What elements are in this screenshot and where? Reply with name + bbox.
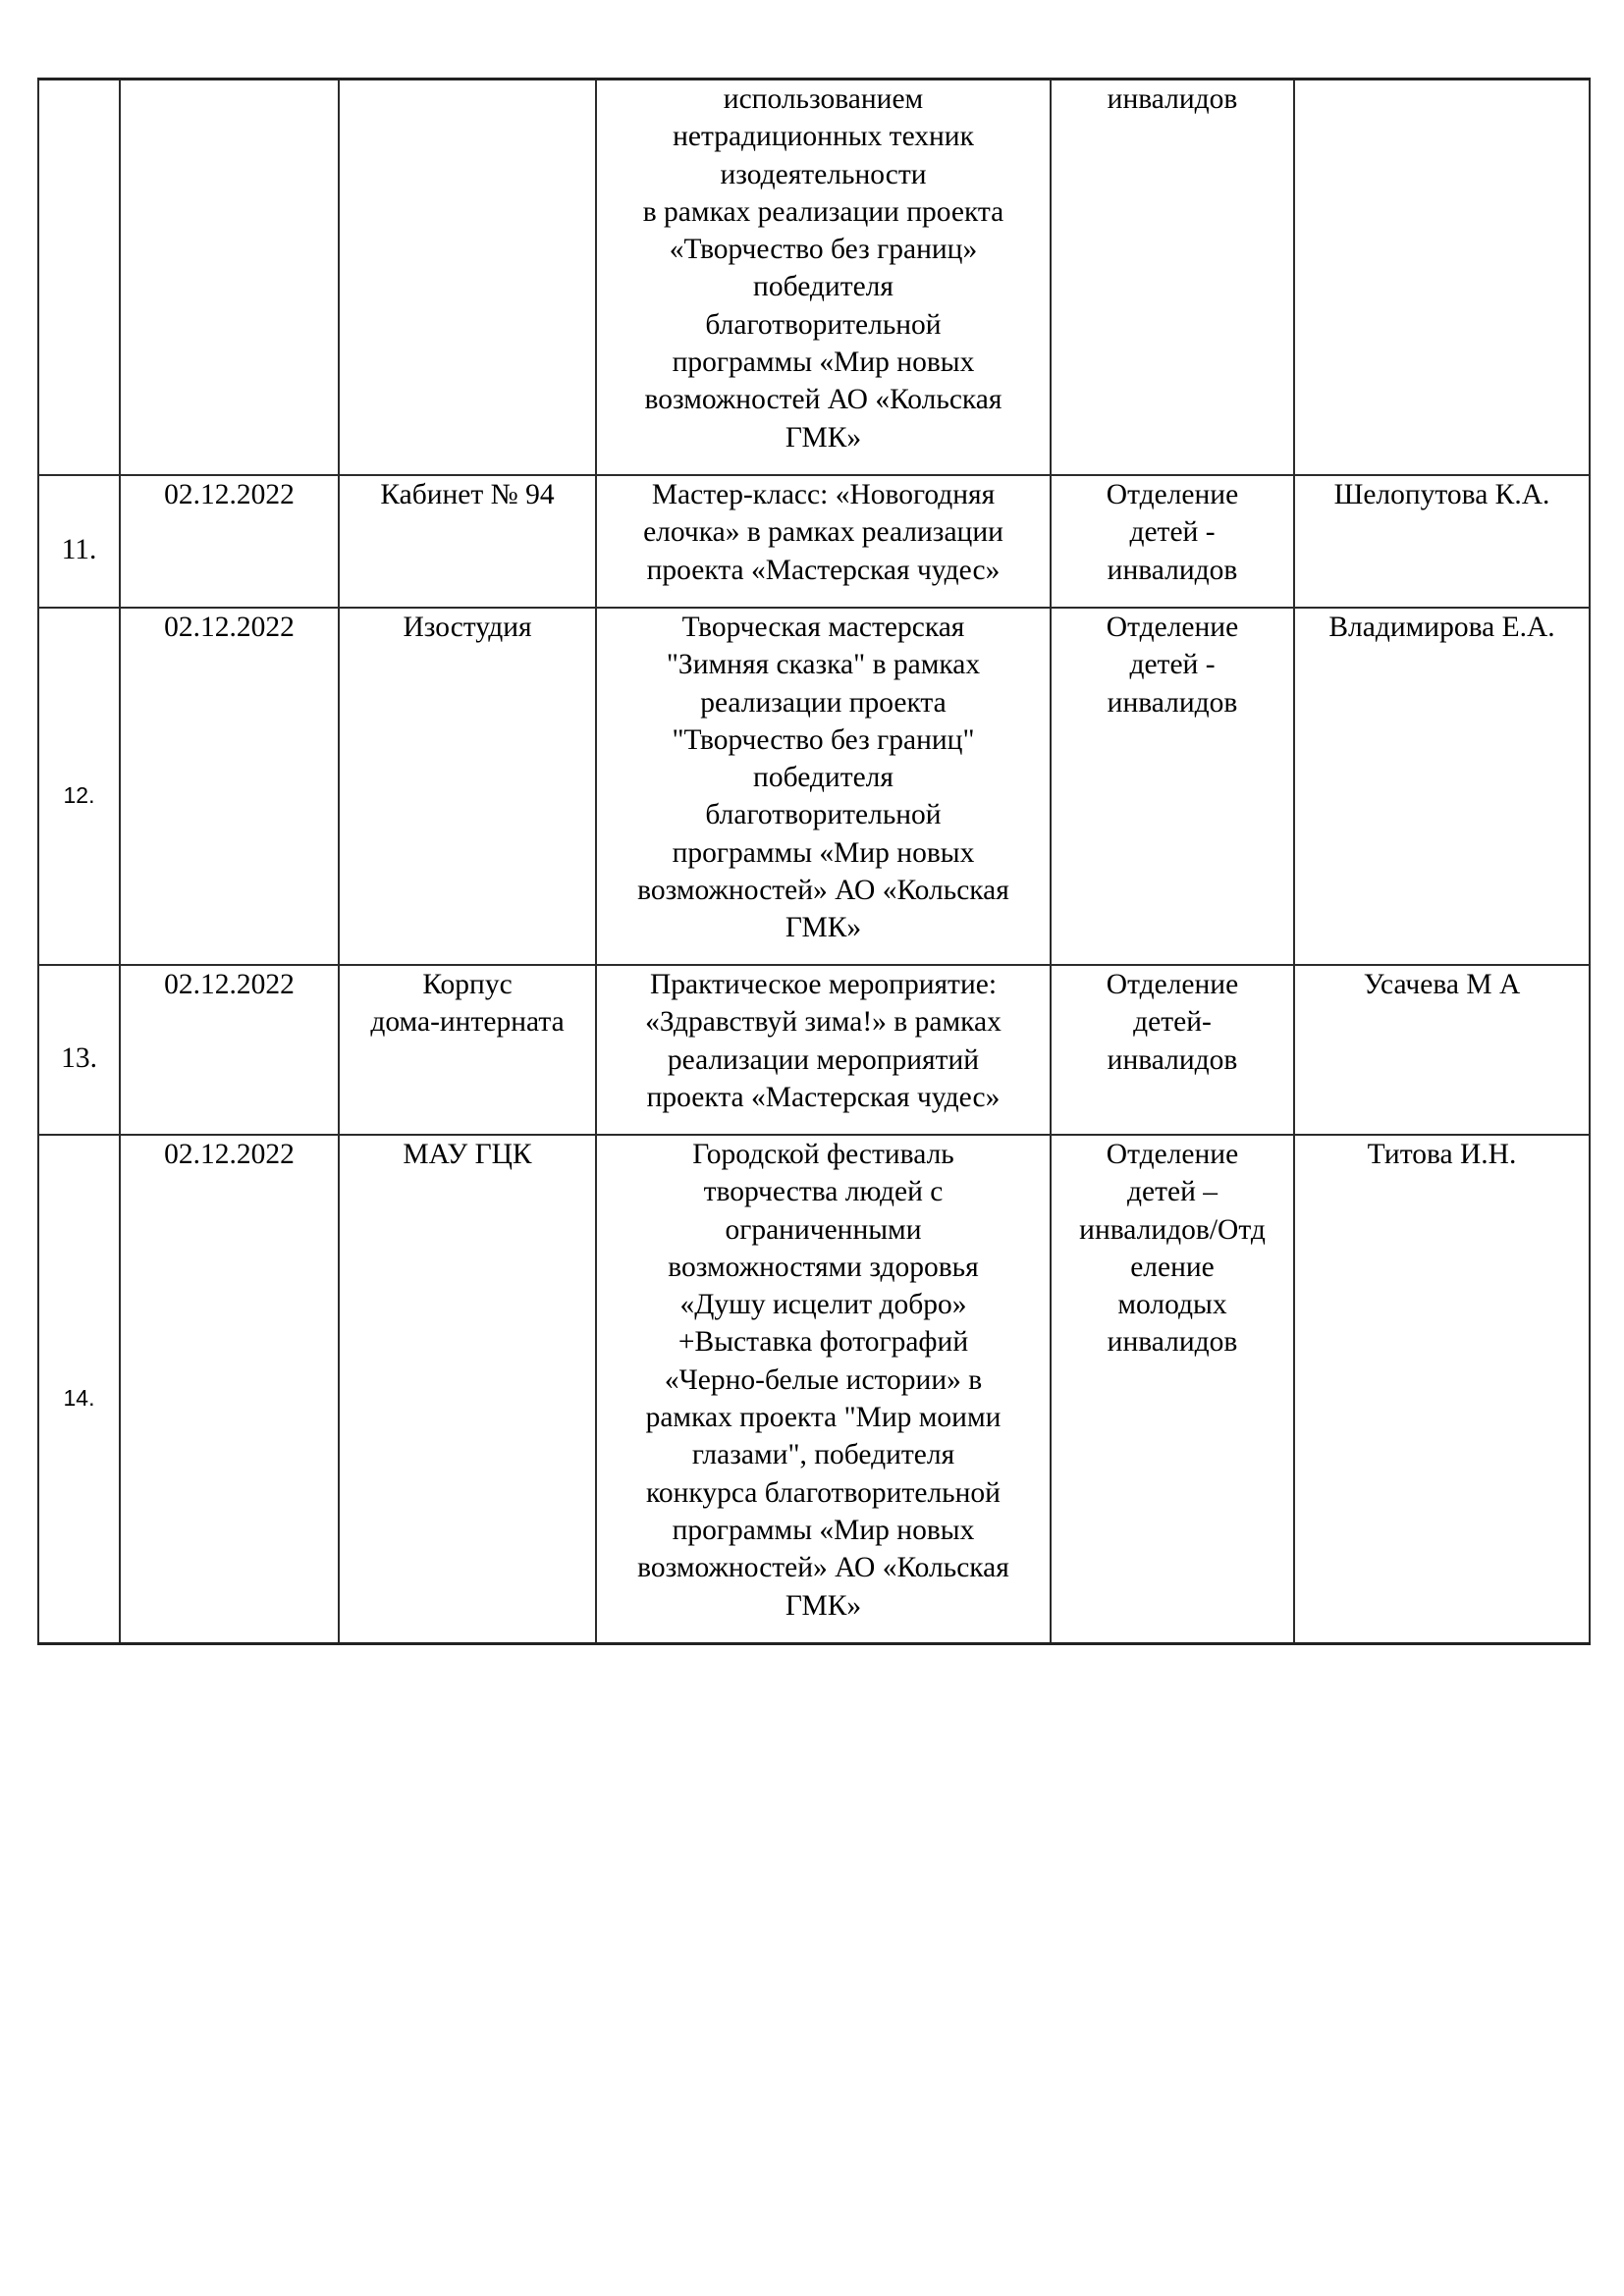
department: Отделение детей- инвалидов bbox=[1051, 965, 1294, 1135]
event-place: МАУ ГЦК bbox=[339, 1135, 596, 1644]
event-date bbox=[120, 80, 339, 476]
row-number-text: 12. bbox=[64, 782, 95, 808]
table-row: 13. 02.12.2022 Корпус дома-интерната Пра… bbox=[38, 965, 1590, 1135]
department: инвалидов bbox=[1051, 80, 1294, 476]
responsible-person: Владимирова Е.А. bbox=[1294, 608, 1590, 965]
event-description: Практическое мероприятие: «Здравствуй зи… bbox=[596, 965, 1051, 1135]
table-row: использованием нетрадиционных техник изо… bbox=[38, 80, 1590, 476]
event-date: 02.12.2022 bbox=[120, 475, 339, 608]
document-page: использованием нетрадиционных техник изо… bbox=[37, 78, 1591, 1645]
row-number: 13. bbox=[38, 965, 120, 1135]
event-date: 02.12.2022 bbox=[120, 608, 339, 965]
event-place: Кабинет № 94 bbox=[339, 475, 596, 608]
department: Отделение детей - инвалидов bbox=[1051, 475, 1294, 608]
responsible-person: Титова И.Н. bbox=[1294, 1135, 1590, 1644]
event-description: использованием нетрадиционных техник изо… bbox=[596, 80, 1051, 476]
event-place: Корпус дома-интерната bbox=[339, 965, 596, 1135]
event-place bbox=[339, 80, 596, 476]
event-description: Мастер-класс: «Новогодняя елочка» в рамк… bbox=[596, 475, 1051, 608]
responsible-person: Усачева М А bbox=[1294, 965, 1590, 1135]
responsible-person: Шелопутова К.А. bbox=[1294, 475, 1590, 608]
event-place: Изостудия bbox=[339, 608, 596, 965]
row-number: 11. bbox=[38, 475, 120, 608]
row-number-text: 14. bbox=[64, 1385, 95, 1411]
table-row: 11. 02.12.2022 Кабинет № 94 Мастер-класс… bbox=[38, 475, 1590, 608]
row-number bbox=[38, 80, 120, 476]
department: Отделение детей – инвалидов/Отд еление м… bbox=[1051, 1135, 1294, 1644]
event-date: 02.12.2022 bbox=[120, 1135, 339, 1644]
department: Отделение детей - инвалидов bbox=[1051, 608, 1294, 965]
event-description: Творческая мастерская "Зимняя сказка" в … bbox=[596, 608, 1051, 965]
responsible-person bbox=[1294, 80, 1590, 476]
row-number: 14. bbox=[38, 1135, 120, 1644]
event-date: 02.12.2022 bbox=[120, 965, 339, 1135]
event-description: Городской фестиваль творчества людей с о… bbox=[596, 1135, 1051, 1644]
table-row: 12. 02.12.2022 Изостудия Творческая маст… bbox=[38, 608, 1590, 965]
row-number: 12. bbox=[38, 608, 120, 965]
table-row: 14. 02.12.2022 МАУ ГЦК Городской фестива… bbox=[38, 1135, 1590, 1644]
schedule-table: использованием нетрадиционных техник изо… bbox=[37, 78, 1591, 1645]
